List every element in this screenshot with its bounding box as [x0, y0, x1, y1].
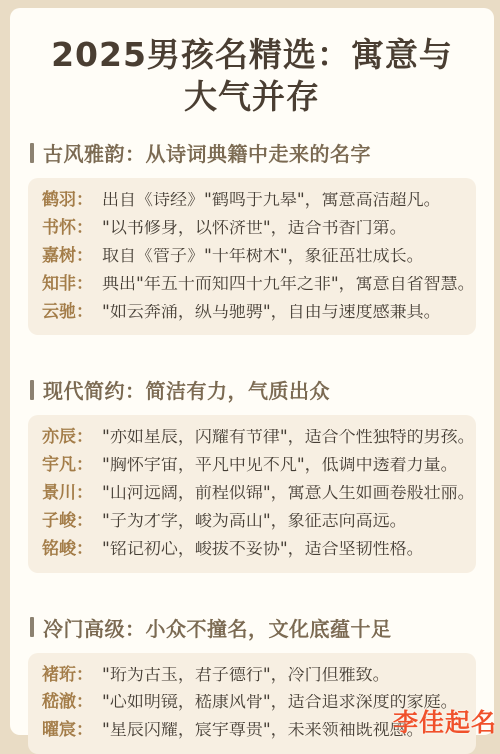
name-row: 鹤羽： 出自《诗经》"鹤鸣于九皋"，寓意高洁超凡。 [42, 187, 464, 215]
section-header-text: 古风雅韵：从诗词典籍中走来的名字 [43, 138, 371, 167]
name-description: "以书修身，以怀济世"，适合书香门第。 [102, 220, 464, 238]
name-description: "山河远阔，前程似锦"，寓意人生如画卷般壮丽。 [102, 485, 464, 503]
section-classical: 古风雅韵：从诗词典籍中走来的名字 鹤羽： 出自《诗经》"鹤鸣于九皋"，寓意高洁超… [28, 138, 476, 335]
name-row: 嘉树： 取自《管子》"十年树木"，象征茁壮成长。 [42, 243, 464, 271]
name-row: 宇凡： "胸怀宇宙，平凡中见不凡"，低调中透着力量。 [42, 452, 464, 480]
name-label: 知非： [42, 276, 102, 294]
name-label: 书怀： [42, 220, 102, 238]
name-description: "铭记初心，峻拔不妥协"，适合坚韧性格。 [102, 541, 464, 559]
section-rare-header: 冷门高级：小众不撞名，文化底蕴十足 [30, 613, 476, 642]
page-title-line2: 大气并存 [28, 76, 476, 118]
watermark: 李佳起名 [393, 703, 497, 739]
name-row: 褚珩： "珩为古玉，君子德行"，冷门但雅致。 [42, 662, 464, 690]
name-label: 景川： [42, 485, 102, 503]
name-label: 子峻： [42, 513, 102, 531]
name-description: "珩为古玉，君子德行"，冷门但雅致。 [102, 667, 464, 685]
section-header-text: 现代简约：简洁有力，气质出众 [43, 375, 330, 404]
section-header-text: 冷门高级：小众不撞名，文化底蕴十足 [43, 613, 392, 642]
name-label: 亦辰： [42, 429, 102, 447]
name-row: 书怀： "以书修身，以怀济世"，适合书香门第。 [42, 215, 464, 243]
name-row: 景川： "山河远阔，前程似锦"，寓意人生如画卷般壮丽。 [42, 480, 464, 508]
name-description: 典出"年五十而知四十九年之非"，寓意自省智慧。 [102, 276, 464, 294]
name-label: 褚珩： [42, 667, 102, 685]
section-accent-bar [30, 143, 34, 163]
name-description: 出自《诗经》"鹤鸣于九皋"，寓意高洁超凡。 [102, 192, 464, 210]
name-row: 云驰： "如云奔涌，纵马驰骋"，自由与速度感兼具。 [42, 299, 464, 327]
name-description: "如云奔涌，纵马驰骋"，自由与速度感兼具。 [102, 304, 464, 322]
name-description: "子为才学，峻为高山"，象征志向高远。 [102, 513, 464, 531]
name-row: 子峻： "子为才学，峻为高山"，象征志向高远。 [42, 508, 464, 536]
name-row: 知非： 典出"年五十而知四十九年之非"，寓意自省智慧。 [42, 271, 464, 299]
name-label: 宇凡： [42, 457, 102, 475]
name-row: 亦辰： "亦如星辰，闪耀有节律"，适合个性独特的男孩。 [42, 424, 464, 452]
name-label: 鹤羽： [42, 192, 102, 210]
section-accent-bar [30, 380, 34, 400]
page-title-line1: 2025男孩名精选：寓意与 [28, 34, 476, 76]
page-title: 2025男孩名精选：寓意与 大气并存 [28, 34, 476, 117]
section-accent-bar [30, 617, 34, 637]
section-modern-card: 亦辰： "亦如星辰，闪耀有节律"，适合个性独特的男孩。 宇凡： "胸怀宇宙，平凡… [28, 415, 476, 572]
name-description: "胸怀宇宙，平凡中见不凡"，低调中透着力量。 [102, 457, 464, 475]
name-row: 铭峻： "铭记初心，峻拔不妥协"，适合坚韧性格。 [42, 536, 464, 564]
name-description: 取自《管子》"十年树木"，象征茁壮成长。 [102, 248, 464, 266]
name-description: "亦如星辰，闪耀有节律"，适合个性独特的男孩。 [102, 429, 464, 447]
section-modern: 现代简约：简洁有力，气质出众 亦辰： "亦如星辰，闪耀有节律"，适合个性独特的男… [28, 375, 476, 572]
name-label: 曜宸： [42, 722, 102, 740]
poster-card: 2025男孩名精选：寓意与 大气并存 古风雅韵：从诗词典籍中走来的名字 鹤羽： … [10, 8, 494, 735]
section-classical-header: 古风雅韵：从诗词典籍中走来的名字 [30, 138, 476, 167]
section-modern-header: 现代简约：简洁有力，气质出众 [30, 375, 476, 404]
name-label: 嵇澈： [42, 694, 102, 712]
section-classical-card: 鹤羽： 出自《诗经》"鹤鸣于九皋"，寓意高洁超凡。 书怀： "以书修身，以怀济世… [28, 178, 476, 335]
name-label: 嘉树： [42, 248, 102, 266]
name-label: 云驰： [42, 304, 102, 322]
name-label: 铭峻： [42, 541, 102, 559]
